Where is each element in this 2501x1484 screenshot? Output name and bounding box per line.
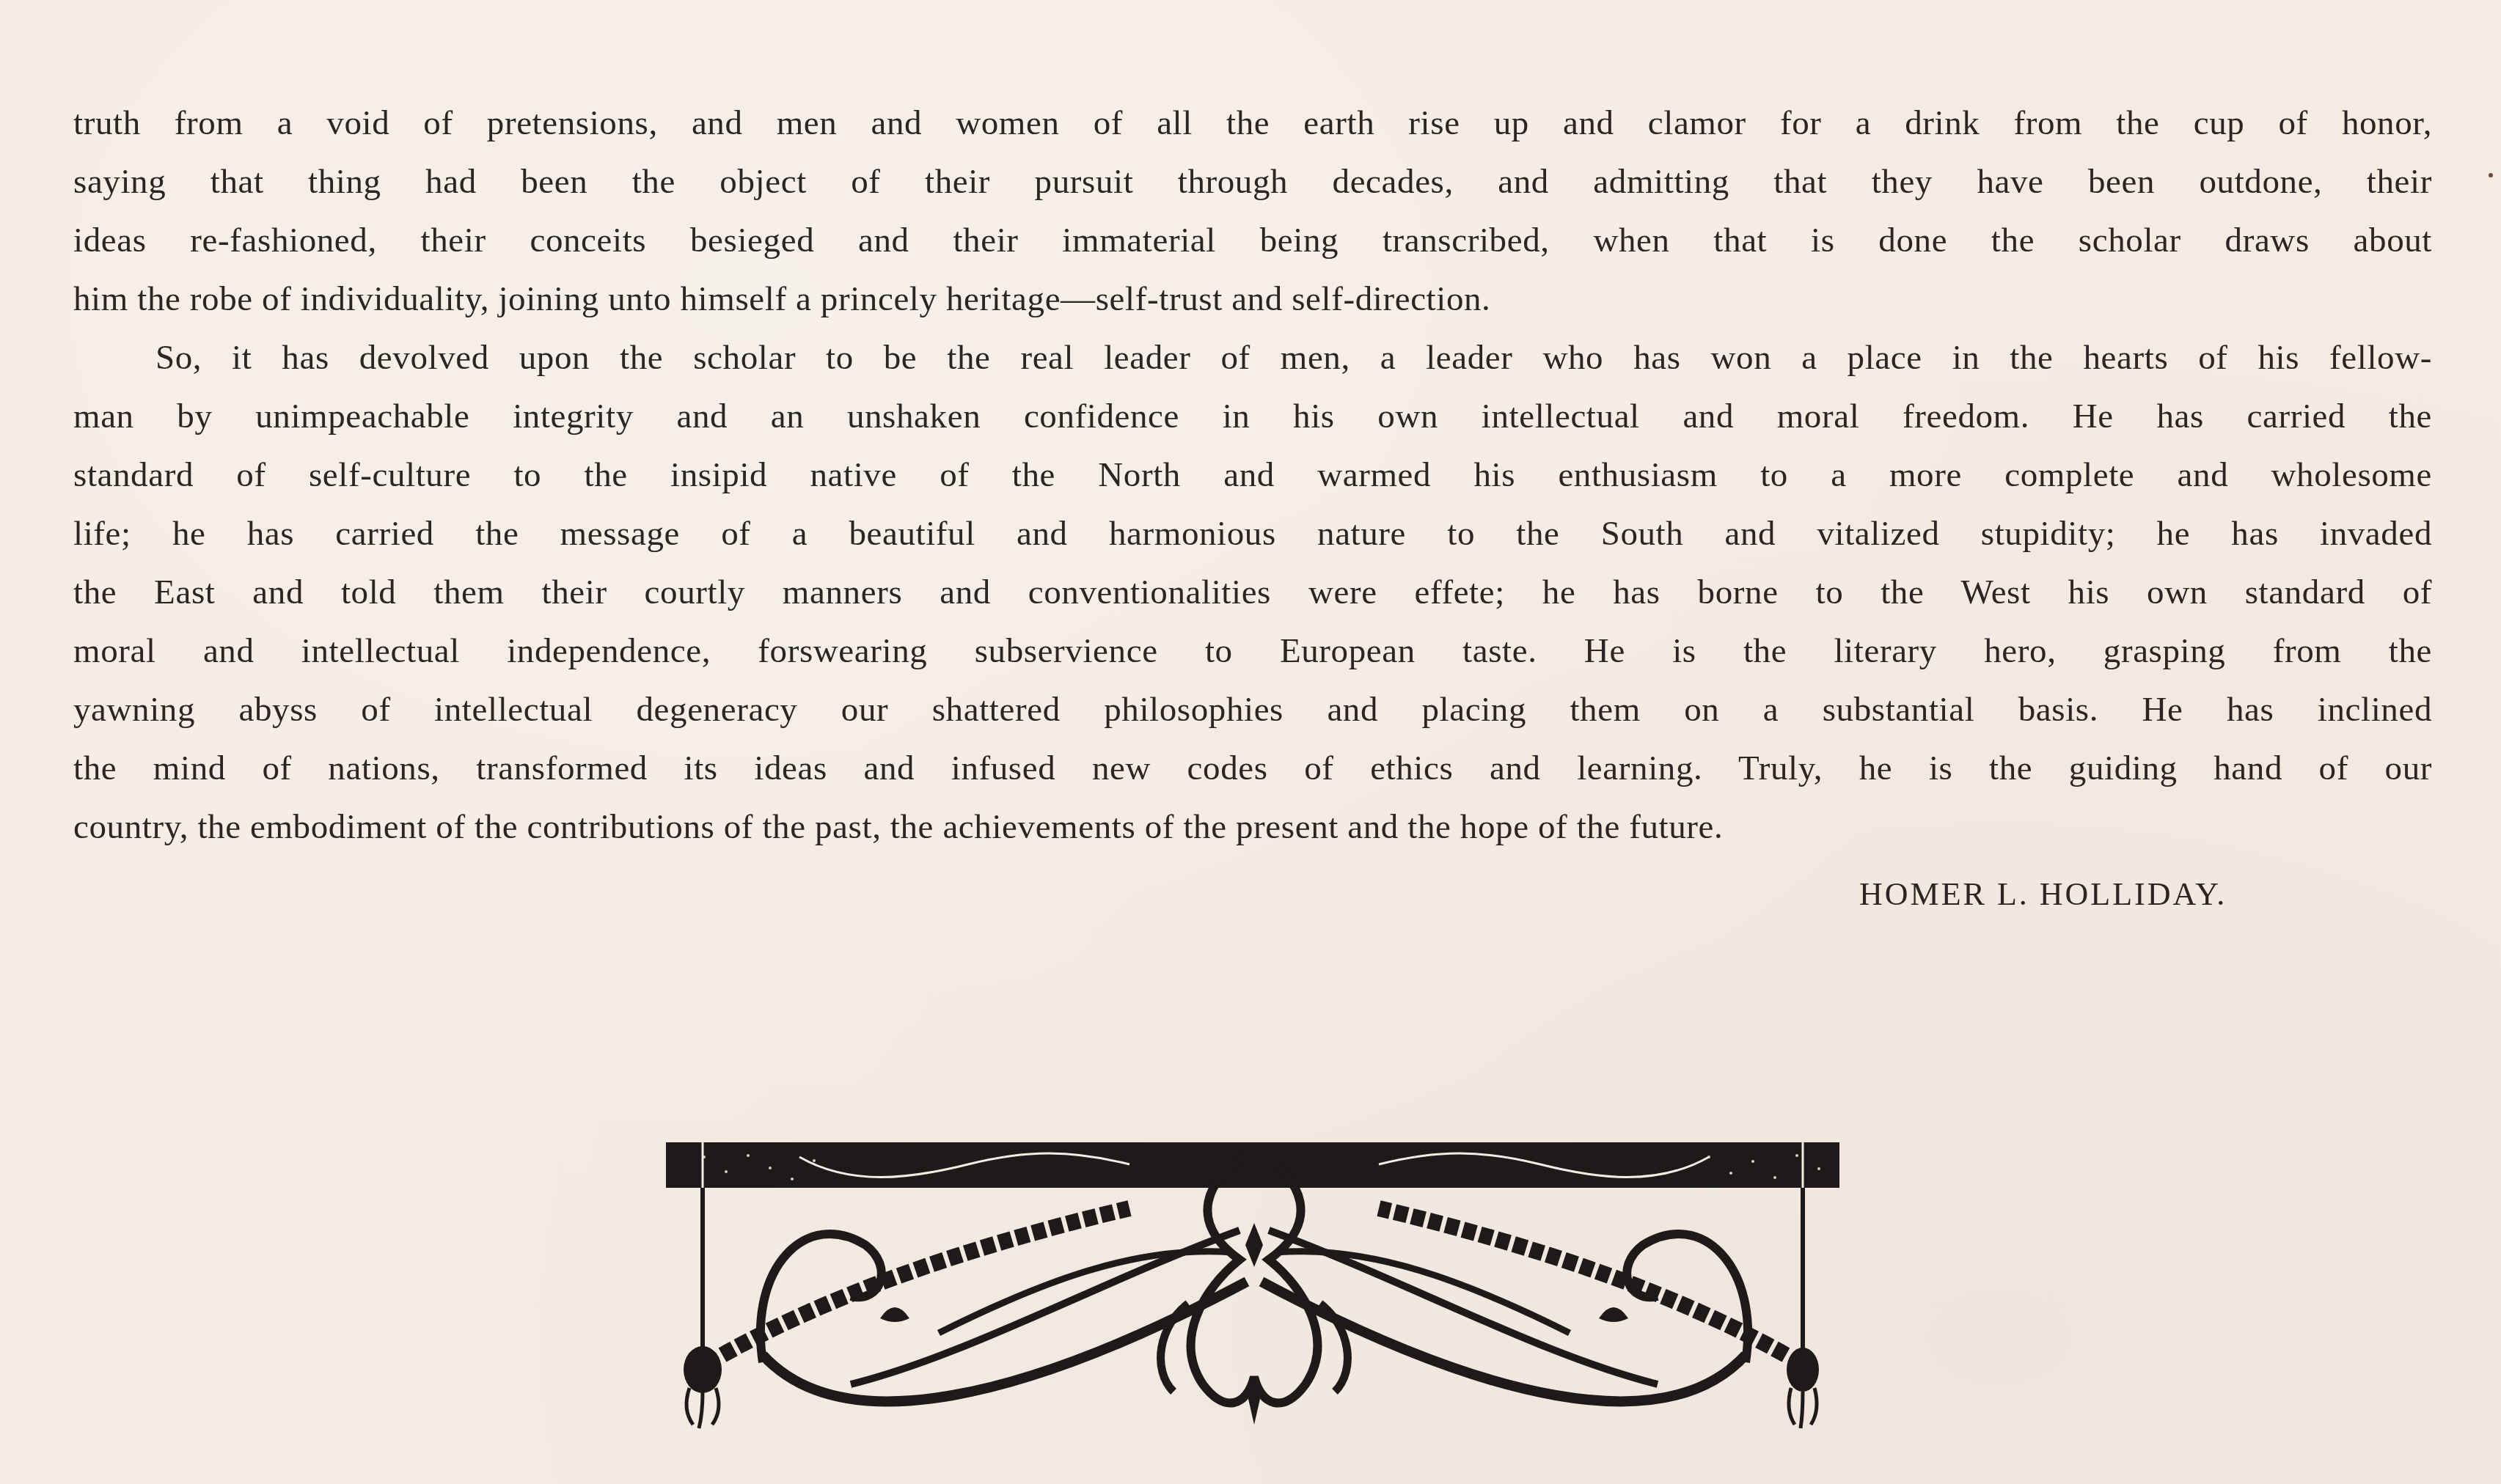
text-line: saying that thing had been the object of… — [73, 153, 2432, 211]
paper-speck — [2489, 173, 2493, 177]
text-line: the mind of nations, transformed its ide… — [73, 739, 2432, 798]
author-signature: HOMER L. HOLLIDAY. — [1859, 865, 2227, 924]
text-line: life; he has carried the message of a be… — [73, 504, 2432, 563]
text-line: moral and intellectual independence, for… — [73, 622, 2432, 680]
text-line: him the robe of individuality, joining u… — [73, 270, 2432, 328]
essay-text: truth from a void of pretensions, and me… — [73, 94, 2432, 856]
text-line: yawning abyss of intellectual degeneracy… — [73, 680, 2432, 739]
text-line: standard of self-culture to the insipid … — [73, 446, 2432, 504]
text-line: country, the embodiment of the contribut… — [73, 798, 2432, 856]
text-line: So, it has devolved upon the scholar to … — [73, 328, 2432, 387]
paragraph-2: So, it has devolved upon the scholar to … — [73, 328, 2432, 856]
text-line: man by unimpeachable integrity and an un… — [73, 387, 2432, 446]
book-page: truth from a void of pretensions, and me… — [0, 0, 2501, 1484]
text-line: truth from a void of pretensions, and me… — [73, 94, 2432, 153]
art-nouveau-tailpiece-icon — [660, 1135, 1848, 1436]
text-line: ideas re-fashioned, their conceits besie… — [73, 211, 2432, 270]
paragraph-1: truth from a void of pretensions, and me… — [73, 94, 2432, 328]
text-line: the East and told them their courtly man… — [73, 563, 2432, 622]
